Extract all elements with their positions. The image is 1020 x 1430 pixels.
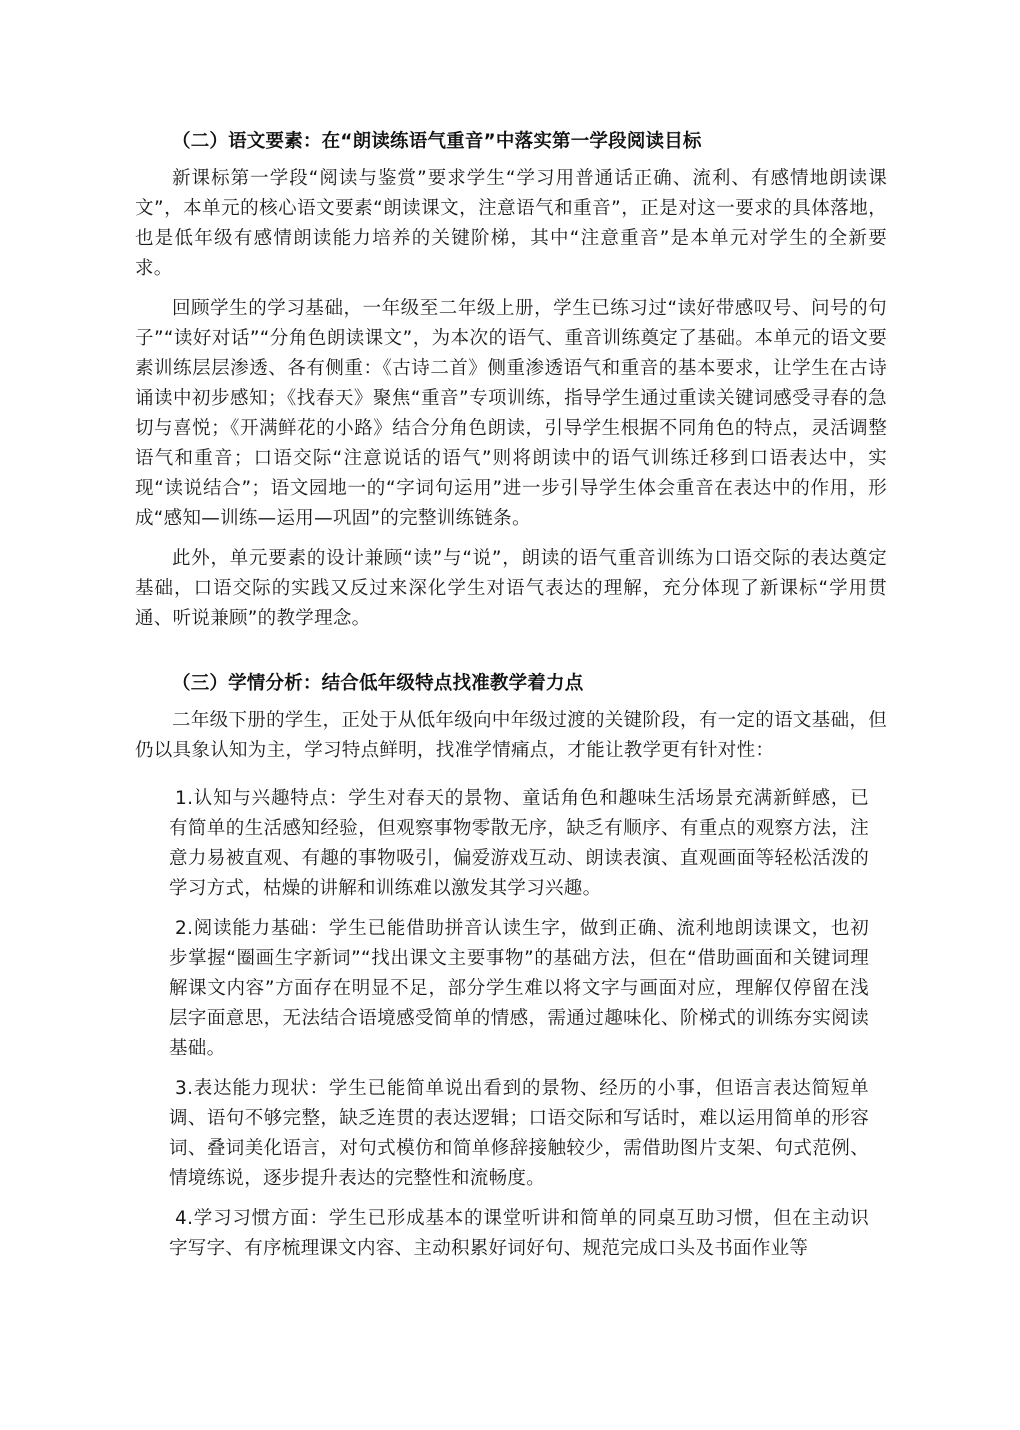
paragraph: 回顾学生的学习基础，一年级至二年级上册，学生已练习过“读好带感叹号、问号的句子”… bbox=[135, 294, 887, 534]
section-learning-analysis: （三）学情分析：结合低年级特点找准教学着力点 二年级下册的学生，正处于从低年级向… bbox=[135, 670, 887, 1264]
list-item-expression: 3.表达能力现状：学生已能简单说出看到的景物、经历的小事，但语言表达简短单调、语… bbox=[169, 1074, 869, 1194]
list-item-habits: 4.学习习惯方面：学生已形成基本的课堂听讲和简单的同桌互助习惯，但在主动识字写字… bbox=[169, 1204, 869, 1264]
analysis-list: 1.认知与兴趣特点：学生对春天的景物、童话角色和趣味生活场景充满新鲜感，已有简单… bbox=[135, 784, 887, 1264]
paragraph: 此外，单元要素的设计兼顾“读”与“说”，朗读的语气重音训练为口语交际的表达奠定基… bbox=[135, 544, 887, 634]
section-heading: （二）语文要素：在“朗读练语气重音”中落实第一学段阅读目标 bbox=[135, 128, 887, 156]
list-item-reading: 2.阅读能力基础：学生已能借助拼音认读生字，做到正确、流利地朗读课文，也初步掌握… bbox=[169, 914, 869, 1064]
paragraph: 新课标第一学段“阅读与鉴赏”要求学生“学习用普通话正确、流利、有感情地朗读课文”… bbox=[135, 164, 887, 284]
section-spacer bbox=[135, 644, 887, 670]
intro-paragraph: 二年级下册的学生，正处于从低年级向中年级过渡的关键阶段，有一定的语文基础，但仍以… bbox=[135, 706, 887, 766]
section-language-elements: （二）语文要素：在“朗读练语气重音”中落实第一学段阅读目标 新课标第一学段“阅读… bbox=[135, 128, 887, 634]
list-item-cognition: 1.认知与兴趣特点：学生对春天的景物、童话角色和趣味生活场景充满新鲜感，已有简单… bbox=[169, 784, 869, 904]
section-heading: （三）学情分析：结合低年级特点找准教学着力点 bbox=[135, 670, 887, 698]
document-page: （二）语文要素：在“朗读练语气重音”中落实第一学段阅读目标 新课标第一学段“阅读… bbox=[135, 128, 887, 1274]
